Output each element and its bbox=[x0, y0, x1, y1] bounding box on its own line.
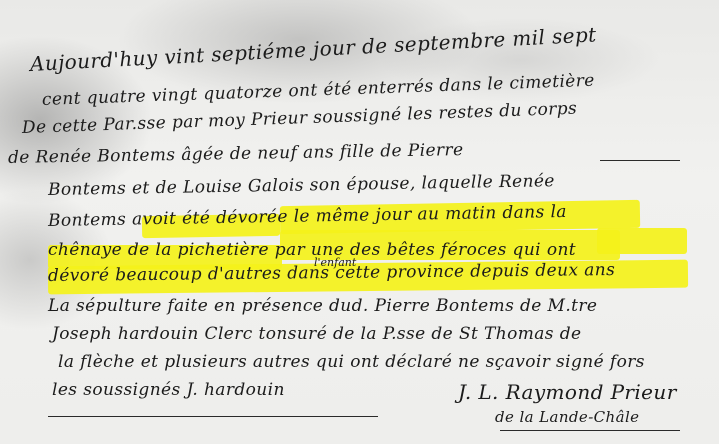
signature-raymond: J. L. Raymond Prieur bbox=[458, 380, 677, 404]
highlight-line-7c bbox=[597, 228, 687, 254]
line-12: les soussignés J. hardouin bbox=[52, 380, 285, 400]
signature-underline bbox=[500, 430, 680, 431]
signature-rule bbox=[48, 416, 378, 417]
line-10: Joseph hardouin Clerc tonsuré de la P.ss… bbox=[52, 324, 581, 344]
line-11: la flèche et plusieurs autres qui ont dé… bbox=[58, 352, 645, 372]
line-9: La sépulture faite en présence dud. Pier… bbox=[48, 296, 597, 316]
line-7: chênaye de la pichetière par une des bêt… bbox=[48, 240, 576, 260]
signature-location: de la Lande-Châle bbox=[495, 408, 639, 426]
line-filler bbox=[600, 160, 680, 161]
